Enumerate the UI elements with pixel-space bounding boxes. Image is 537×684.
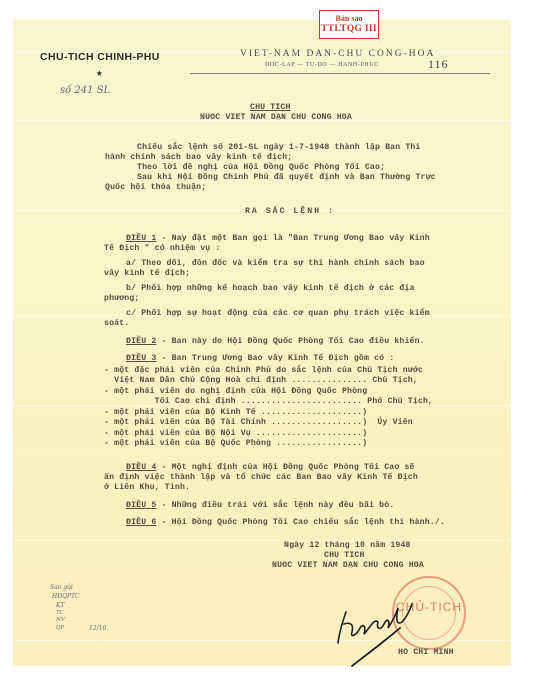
article-1-item-b-cont: phương;	[104, 294, 139, 303]
issuer-subtitle: NUOC VIET NAM DAN CHU CONG HOA	[200, 113, 352, 122]
member-line: - một đặc phái viên của Chính Phủ do sắc…	[104, 366, 423, 375]
archive-copy-stamp: Bản sao TTLTQG III	[319, 10, 379, 39]
closing-title: CHU TICH	[324, 551, 365, 560]
article-1-item-c: c/ Phối hợp sự hoạt động của các cơ quan…	[126, 309, 430, 318]
decree-date: Ngày 12 tháng 10 năm 1948	[284, 541, 411, 550]
article-1-item-a: a/ Theo dõi, đôn đốc và kiểm tra sự thi …	[126, 259, 425, 268]
decree-heading: RA SẮC LỆNH :	[245, 207, 335, 216]
member-line: Việt Nam Dân Chủ Cộng Hoà chỉ định .....…	[104, 376, 418, 385]
preamble-line: hành chính sách bao vây kinh tế địch;	[105, 153, 292, 162]
article-label: ĐIỀU 2	[126, 337, 156, 346]
letterhead-left-title: CHU-TICH CHINH-PHU	[40, 51, 160, 63]
closing-subtitle: NUOC VIET NAM DAN CHU CONG HOA	[272, 561, 424, 570]
issuer-title: CHU TICH	[250, 103, 291, 112]
article-3: ĐIỀU 3 - Ban Trung Ương Bao vây Kinh Tế …	[126, 354, 394, 363]
margin-note: Sao gửi	[50, 584, 73, 591]
article-1-item-c-cont: soát.	[104, 319, 129, 328]
preamble-line: Quốc hội thỏa thuận;	[105, 183, 206, 192]
member-line: Tối Cao chỉ định .......................…	[104, 397, 433, 406]
member-line: - một phái viên của Bộ Quốc Phòng ......…	[104, 439, 367, 448]
article-label: ĐIỀU 3	[126, 354, 156, 363]
member-line: - một phái viên do nghị định của Hội Đồn…	[104, 387, 367, 396]
paper-fold	[13, 540, 511, 541]
preamble-line: Sau khi Hội Đồng Chính Phủ đã quyết định…	[137, 173, 436, 182]
margin-note: NV	[56, 617, 65, 623]
star-icon: ★	[96, 66, 103, 80]
member-line: - một phái viên của Bộ Nội Vụ ..........…	[104, 429, 367, 438]
margin-note: 12/10.	[89, 625, 108, 632]
article-label: ĐIỀU 1	[126, 234, 156, 243]
preamble-line: Chiếu sắc lệnh số 201-SL ngày 1-7-1948 t…	[137, 143, 421, 152]
margin-note: QP	[56, 625, 64, 631]
stamp-line-2: TTLTQG III	[320, 24, 378, 35]
article-5: ĐIỀU 5 - Những điều trái với sắc lệnh nà…	[126, 501, 394, 510]
letterhead-rule	[190, 73, 490, 74]
stamp-line-1: Bản sao	[320, 13, 378, 24]
article-text: - Hội Đồng Quốc Phòng Tối Cao chiếu sắc …	[156, 518, 445, 527]
article-label: ĐIỀU 6	[126, 518, 156, 527]
article-1-item-a-cont: vây kinh tế địch;	[104, 269, 190, 278]
article-6: ĐIỀU 6 - Hội Đồng Quốc Phòng Tối Cao chi…	[126, 518, 445, 527]
margin-note: HĐQPTC	[52, 593, 80, 600]
article-text: - Nay đặt một Ban gọi là "Ban Trung Ương…	[156, 234, 429, 243]
article-text: - Những điều trái với sắc lệnh này đều b…	[156, 501, 394, 510]
article-1-cont: Tế Địch " có nhiệm vụ :	[104, 244, 220, 253]
margin-note: TC	[56, 610, 64, 616]
article-4-cont: ở Liên Khu, Tỉnh.	[104, 483, 190, 492]
signatory-name: HO CHI MINH	[398, 648, 454, 657]
article-1-item-b: b/ Phối hợp những kế hoạch bao vây kinh …	[126, 284, 415, 293]
article-text: - Một nghị định của Hội Đồng Quốc Phòng …	[156, 463, 414, 472]
article-text: - Ban này do Hội Đồng Quốc Phòng Tối Cao…	[156, 337, 424, 346]
letterhead-motto: DOC-LAP — TU-DO — HANH-PHUC	[265, 62, 379, 68]
article-1: ĐIỀU 1 - Nay đặt một Ban gọi là "Ban Tru…	[126, 234, 430, 243]
preamble-line: Theo lời đề nghị của Hội Đồng Quốc Phòng…	[137, 163, 385, 172]
margin-note: KT	[56, 602, 64, 609]
article-label: ĐIỀU 4	[126, 463, 156, 472]
document-number: 116	[428, 57, 449, 72]
article-label: ĐIỀU 5	[126, 501, 156, 510]
member-line: - một phái viên của Bộ Kinh Tế .........…	[104, 408, 367, 417]
article-4-cont: ấn định việc thành lập và tổ chức các Ba…	[104, 473, 418, 482]
handwritten-reference: số 241 SL	[60, 85, 110, 96]
article-text: - Ban Trung Ương Bao vây Kinh Tế Địch gồ…	[156, 354, 394, 363]
member-line: - một phái viên của Bộ Tài Chính .......…	[104, 418, 413, 427]
article-2: ĐIỀU 2 - Ban này do Hội Đồng Quốc Phòng …	[126, 337, 425, 346]
letterhead-right-title: VIET-NAM DAN-CHU CONG-HOA	[240, 49, 435, 59]
article-4: ĐIỀU 4 - Một nghị định của Hội Đồng Quốc…	[126, 463, 415, 472]
